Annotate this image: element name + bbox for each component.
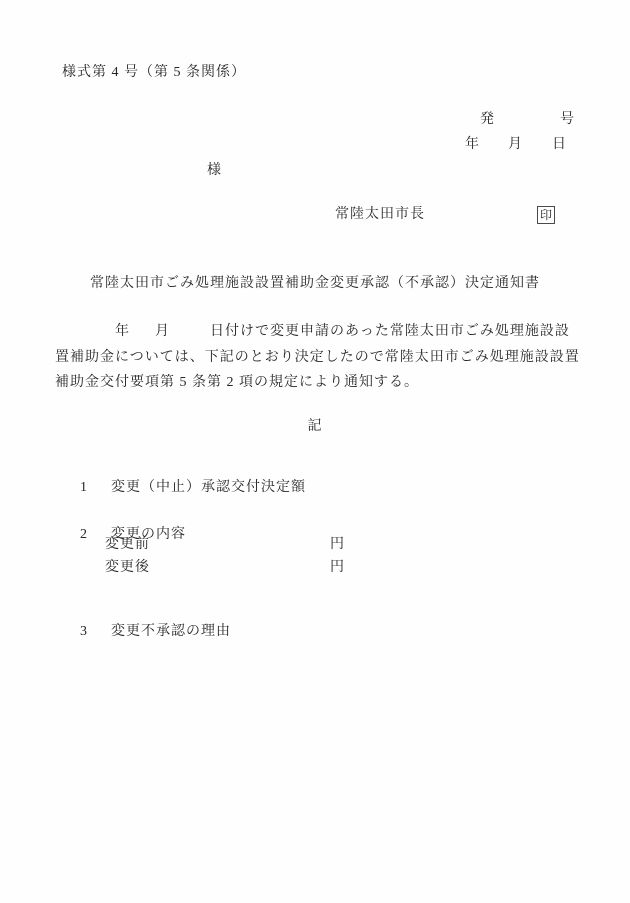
document-page: 様式第 4 号（第 5 条関係） 発 号 年 月 日 様 常陸太田市長 印 常陸… xyxy=(0,0,630,903)
change-before-label: 変更前 xyxy=(105,537,150,553)
date-day-label: 日 xyxy=(552,137,567,153)
change-before-row: 変更前 円 xyxy=(0,537,630,553)
seal-stamp-box: 印 xyxy=(537,206,555,224)
change-after-label: 変更後 xyxy=(105,560,150,576)
item-1-number: 1 xyxy=(80,480,111,496)
list-item-3: 3変更不承認の理由 xyxy=(62,608,231,656)
seal-mark: 印 xyxy=(540,209,552,221)
body-paragraph-line-3: 補助金交付要項第 5 条第 2 項の規定により通知する。 xyxy=(55,375,419,391)
date-year-label: 年 xyxy=(465,137,480,153)
change-before-yen-unit-label: 円 xyxy=(330,537,345,553)
date-month-label: 月 xyxy=(508,137,523,153)
form-number: 様式第 4 号（第 5 条関係） xyxy=(62,65,246,81)
body-year-blank-label: 年 xyxy=(115,324,130,340)
item-3-number: 3 xyxy=(80,624,111,640)
record-marker: 記 xyxy=(0,419,630,435)
change-after-yen-unit-label: 円 xyxy=(330,560,345,576)
item-3-label: 変更不承認の理由 xyxy=(111,624,231,639)
addressee-honorific: 様 xyxy=(207,163,222,179)
body-month-blank-label: 月 xyxy=(155,324,170,340)
change-after-row: 変更後 円 xyxy=(0,560,630,576)
sender-title: 常陸太田市長 xyxy=(335,207,425,223)
issue-number-prefix: 発 xyxy=(480,112,495,128)
body-paragraph-line-2: 置補助金については、下記のとおり決定したので常陸太田市ごみ処理施設設置 xyxy=(55,350,580,366)
item-1-label: 変更（中止）承認交付決定額 xyxy=(111,480,306,495)
list-item-1: 1変更（中止）承認交付決定額 xyxy=(62,464,306,512)
document-title: 常陸太田市ごみ処理施設設置補助金変更承認（不承認）決定通知書 xyxy=(0,276,630,292)
issue-number-suffix: 号 xyxy=(560,112,575,128)
body-paragraph-line-1: 日付けで変更申請のあった常陸太田市ごみ処理施設設 xyxy=(210,324,570,340)
